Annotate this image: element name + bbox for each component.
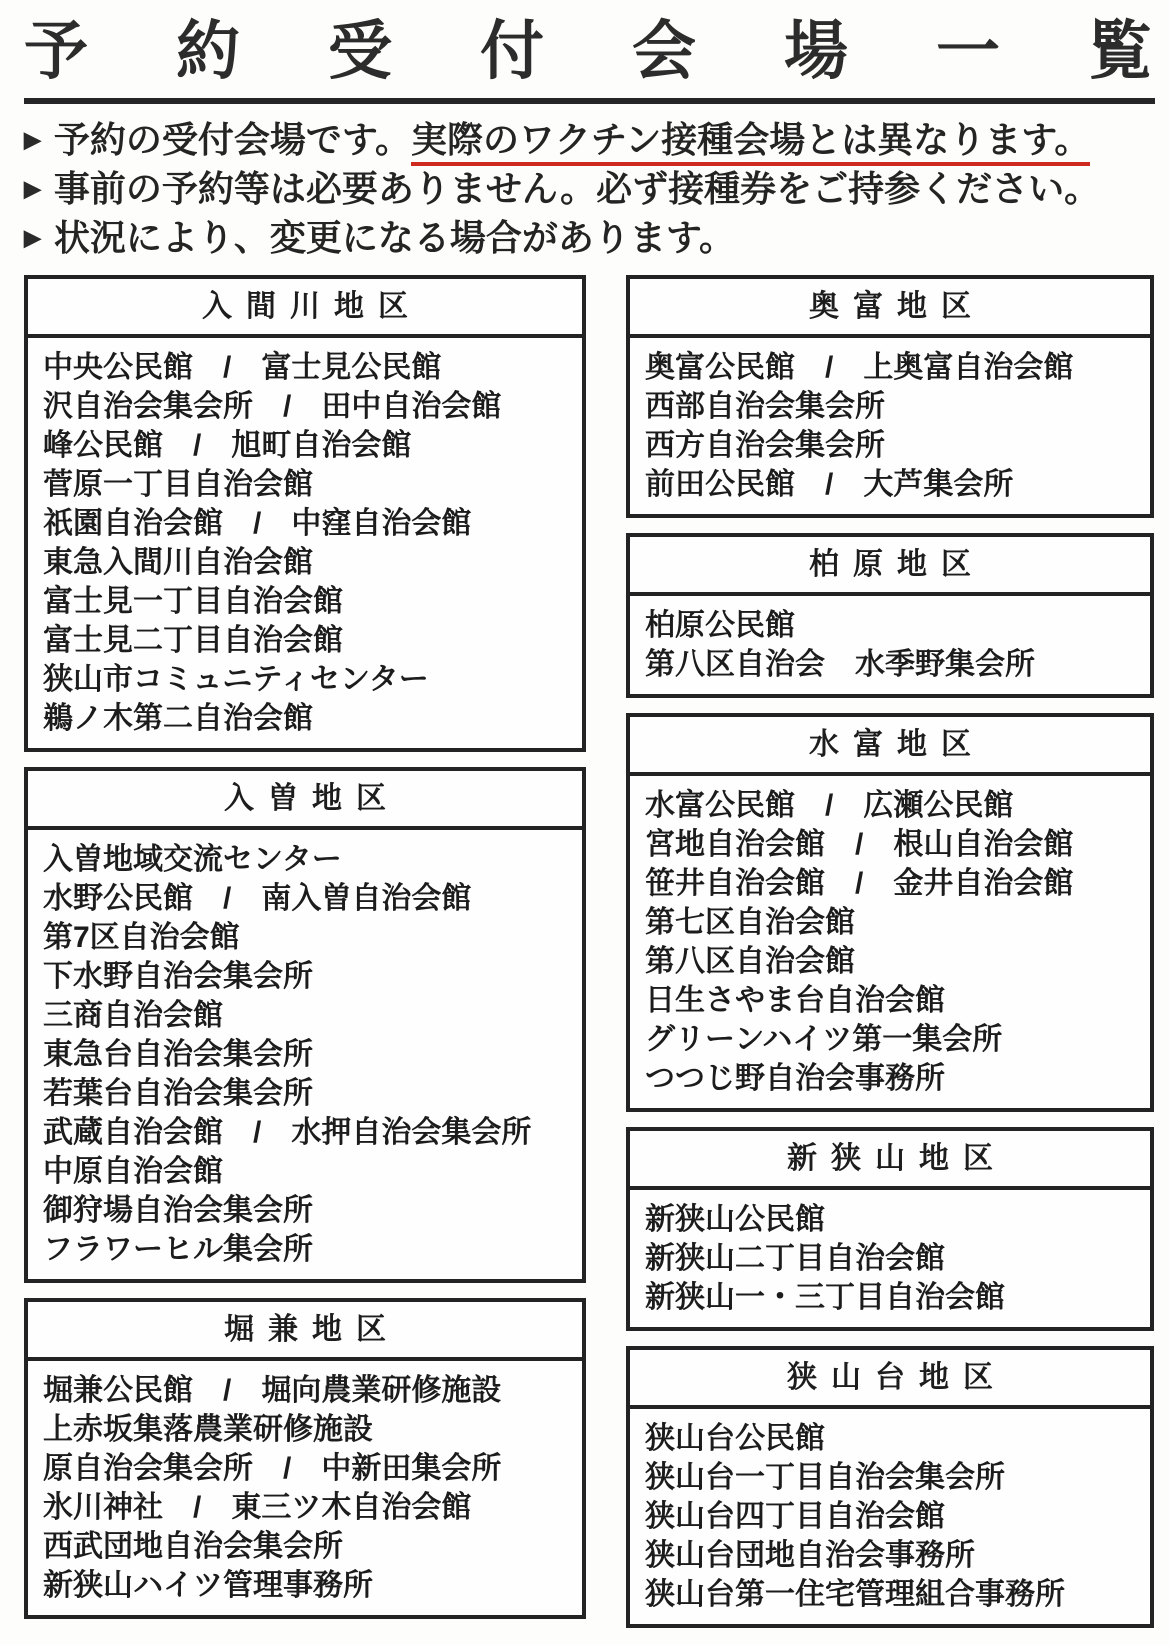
venue-list: 新狭山公民館 新狭山二丁目自治会館 新狭山一・三丁目自治会館 xyxy=(630,1190,1150,1327)
venue-list: 堀兼公民館 / 堀向農業研修施設 上赤坂集落農業研修施設 原自治会集会所 / 中… xyxy=(28,1361,582,1615)
scanned-flyer: 予約受付会場一覧 ▶ 予約の受付会場です。実際のワクチン接種会場とは異なります。… xyxy=(0,0,1169,1645)
venue-item: 前田公民館 / 大芦集会所 xyxy=(645,465,1146,504)
left-column: 入間川地区 中央公民館 / 富士見公民館 沢自治会集会所 / 田中自治会館 峰公… xyxy=(24,275,586,1619)
bullet-triangle-icon: ▶ xyxy=(24,167,41,211)
note-text: 状況により、変更になる場合があります。 xyxy=(54,216,735,260)
venue-item: 峰公民館 / 旭町自治会館 xyxy=(43,426,578,465)
venue-item: 入曽地域交流センター xyxy=(43,840,578,879)
venue-item: 下水野自治会集会所 xyxy=(43,957,578,996)
district-header: 入間川地区 xyxy=(28,279,582,338)
venue-list: 中央公民館 / 富士見公民館 沢自治会集会所 / 田中自治会館 峰公民館 / 旭… xyxy=(28,338,582,748)
venue-item: 堀兼公民館 / 堀向農業研修施設 xyxy=(43,1371,578,1410)
venue-item: 新狭山一・三丁目自治会館 xyxy=(645,1278,1146,1317)
venue-item: 中原自治会館 xyxy=(43,1152,578,1191)
district-header: 柏原地区 xyxy=(630,537,1150,596)
note-plain-text: 事前の予約等は必要ありません。必ず接種券をご持参ください。 xyxy=(54,168,1100,209)
district-box-mizutomi: 水富地区 水富公民館 / 広瀬公民館 宮地自治会館 / 根山自治会館 笹井自治会… xyxy=(626,713,1154,1112)
venue-item: 祇園自治会館 / 中窪自治会館 xyxy=(43,504,578,543)
district-header: 入曽地区 xyxy=(28,771,582,830)
venue-item: 原自治会集会所 / 中新田集会所 xyxy=(43,1449,578,1488)
venue-item: 第八区自治会 水季野集会所 xyxy=(645,645,1146,684)
venue-item: 新狭山ハイツ管理事務所 xyxy=(43,1566,578,1605)
venue-item: 第七区自治会館 xyxy=(645,903,1146,942)
venue-item: つつじ野自治会事務所 xyxy=(645,1059,1146,1098)
venue-item: 奥富公民館 / 上奥富自治会館 xyxy=(645,348,1146,387)
note-line-1: ▶ 予約の受付会場です。実際のワクチン接種会場とは異なります。 xyxy=(24,118,1155,162)
district-header: 堀兼地区 xyxy=(28,1302,582,1361)
venue-item: 新狭山公民館 xyxy=(645,1200,1146,1239)
venue-item: 西方自治会集会所 xyxy=(645,426,1146,465)
district-box-shinsayama: 新狭山地区 新狭山公民館 新狭山二丁目自治会館 新狭山一・三丁目自治会館 xyxy=(626,1127,1154,1331)
venue-item: 上赤坂集落農業研修施設 xyxy=(43,1410,578,1449)
venue-list: 入曽地域交流センター 水野公民館 / 南入曽自治会館 第7区自治会館 下水野自治… xyxy=(28,830,582,1279)
venue-item: 狭山市コミュニティセンター xyxy=(43,660,578,699)
venue-item: 菅原一丁目自治会館 xyxy=(43,465,578,504)
venue-item: 武蔵自治会館 / 水押自治会集会所 xyxy=(43,1113,578,1152)
venue-item: 西部自治会集会所 xyxy=(645,387,1146,426)
bullet-triangle-icon: ▶ xyxy=(24,216,41,260)
venue-item: 若葉台自治会集会所 xyxy=(43,1074,578,1113)
note-text: 予約の受付会場です。実際のワクチン接種会場とは異なります。 xyxy=(54,118,1090,162)
venue-item: 新狭山二丁目自治会館 xyxy=(645,1239,1146,1278)
note-line-3: ▶ 状況により、変更になる場合があります。 xyxy=(24,216,1155,260)
district-header: 水富地区 xyxy=(630,717,1150,776)
venue-list: 柏原公民館 第八区自治会 水季野集会所 xyxy=(630,596,1150,694)
venue-list: 水富公民館 / 広瀬公民館 宮地自治会館 / 根山自治会館 笹井自治会館 / 金… xyxy=(630,776,1150,1108)
venue-item: 宮地自治会館 / 根山自治会館 xyxy=(645,825,1146,864)
venue-item: 第7区自治会館 xyxy=(43,918,578,957)
venue-item: 狭山台四丁目自治会館 xyxy=(645,1497,1146,1536)
page-title: 予約受付会場一覧 xyxy=(24,16,1155,86)
venue-item: 狭山台第一住宅管理組合事務所 xyxy=(645,1575,1146,1614)
note-plain-text: 予約の受付会場です。 xyxy=(54,119,411,160)
district-box-sayamadai: 狭山台地区 狭山台公民館 狭山台一丁目自治会集会所 狭山台四丁目自治会館 狭山台… xyxy=(626,1346,1154,1628)
district-columns: 入間川地区 中央公民館 / 富士見公民館 沢自治会集会所 / 田中自治会館 峰公… xyxy=(24,275,1155,1628)
venue-list: 奥富公民館 / 上奥富自治会館 西部自治会集会所 西方自治会集会所 前田公民館 … xyxy=(630,338,1150,514)
venue-item: 狭山台団地自治会事務所 xyxy=(645,1536,1146,1575)
title-underline: 予約受付会場一覧 xyxy=(24,10,1155,104)
venue-item: 富士見一丁目自治会館 xyxy=(43,582,578,621)
venue-item: グリーンハイツ第一集会所 xyxy=(645,1020,1146,1059)
district-box-kashiwabara: 柏原地区 柏原公民館 第八区自治会 水季野集会所 xyxy=(626,533,1154,698)
note-text: 事前の予約等は必要ありません。必ず接種券をご持参ください。 xyxy=(54,167,1100,211)
venue-item: 柏原公民館 xyxy=(645,606,1146,645)
district-box-irumagawa: 入間川地区 中央公民館 / 富士見公民館 沢自治会集会所 / 田中自治会館 峰公… xyxy=(24,275,586,752)
venue-item: 沢自治会集会所 / 田中自治会館 xyxy=(43,387,578,426)
note-plain-text: 状況により、変更になる場合があります。 xyxy=(54,217,735,258)
venue-item: 第八区自治会館 xyxy=(645,942,1146,981)
venue-item: 鵜ノ木第二自治会館 xyxy=(43,699,578,738)
district-header: 狭山台地区 xyxy=(630,1350,1150,1409)
venue-item: 東急台自治会集会所 xyxy=(43,1035,578,1074)
bullet-triangle-icon: ▶ xyxy=(24,118,41,162)
venue-item: 東急入間川自治会館 xyxy=(43,543,578,582)
venue-item: 氷川神社 / 東三ツ木自治会館 xyxy=(43,1488,578,1527)
venue-item: 笹井自治会館 / 金井自治会館 xyxy=(645,864,1146,903)
venue-item: 狭山台一丁目自治会集会所 xyxy=(645,1458,1146,1497)
venue-item: 狭山台公民館 xyxy=(645,1419,1146,1458)
venue-item: 御狩場自治会集会所 xyxy=(43,1191,578,1230)
venue-item: 三商自治会館 xyxy=(43,996,578,1035)
note-emphasized-text: 実際のワクチン接種会場とは異なります。 xyxy=(411,119,1090,166)
district-box-okutomi: 奥富地区 奥富公民館 / 上奥富自治会館 西部自治会集会所 西方自治会集会所 前… xyxy=(626,275,1154,518)
district-box-iriso: 入曽地区 入曽地域交流センター 水野公民館 / 南入曽自治会館 第7区自治会館 … xyxy=(24,767,586,1283)
venue-item: 西武団地自治会集会所 xyxy=(43,1527,578,1566)
venue-item: 水富公民館 / 広瀬公民館 xyxy=(645,786,1146,825)
venue-item: 水野公民館 / 南入曽自治会館 xyxy=(43,879,578,918)
district-box-horigane: 堀兼地区 堀兼公民館 / 堀向農業研修施設 上赤坂集落農業研修施設 原自治会集会… xyxy=(24,1298,586,1619)
notes-list: ▶ 予約の受付会場です。実際のワクチン接種会場とは異なります。 ▶ 事前の予約等… xyxy=(24,118,1155,260)
venue-item: フラワーヒル集会所 xyxy=(43,1230,578,1269)
district-header: 新狭山地区 xyxy=(630,1131,1150,1190)
district-header: 奥富地区 xyxy=(630,279,1150,338)
right-column: 奥富地区 奥富公民館 / 上奥富自治会館 西部自治会集会所 西方自治会集会所 前… xyxy=(626,275,1154,1628)
venue-item: 富士見二丁目自治会館 xyxy=(43,621,578,660)
venue-item: 中央公民館 / 富士見公民館 xyxy=(43,348,578,387)
note-line-2: ▶ 事前の予約等は必要ありません。必ず接種券をご持参ください。 xyxy=(24,167,1155,211)
venue-item: 日生さやま台自治会館 xyxy=(645,981,1146,1020)
venue-list: 狭山台公民館 狭山台一丁目自治会集会所 狭山台四丁目自治会館 狭山台団地自治会事… xyxy=(630,1409,1150,1624)
